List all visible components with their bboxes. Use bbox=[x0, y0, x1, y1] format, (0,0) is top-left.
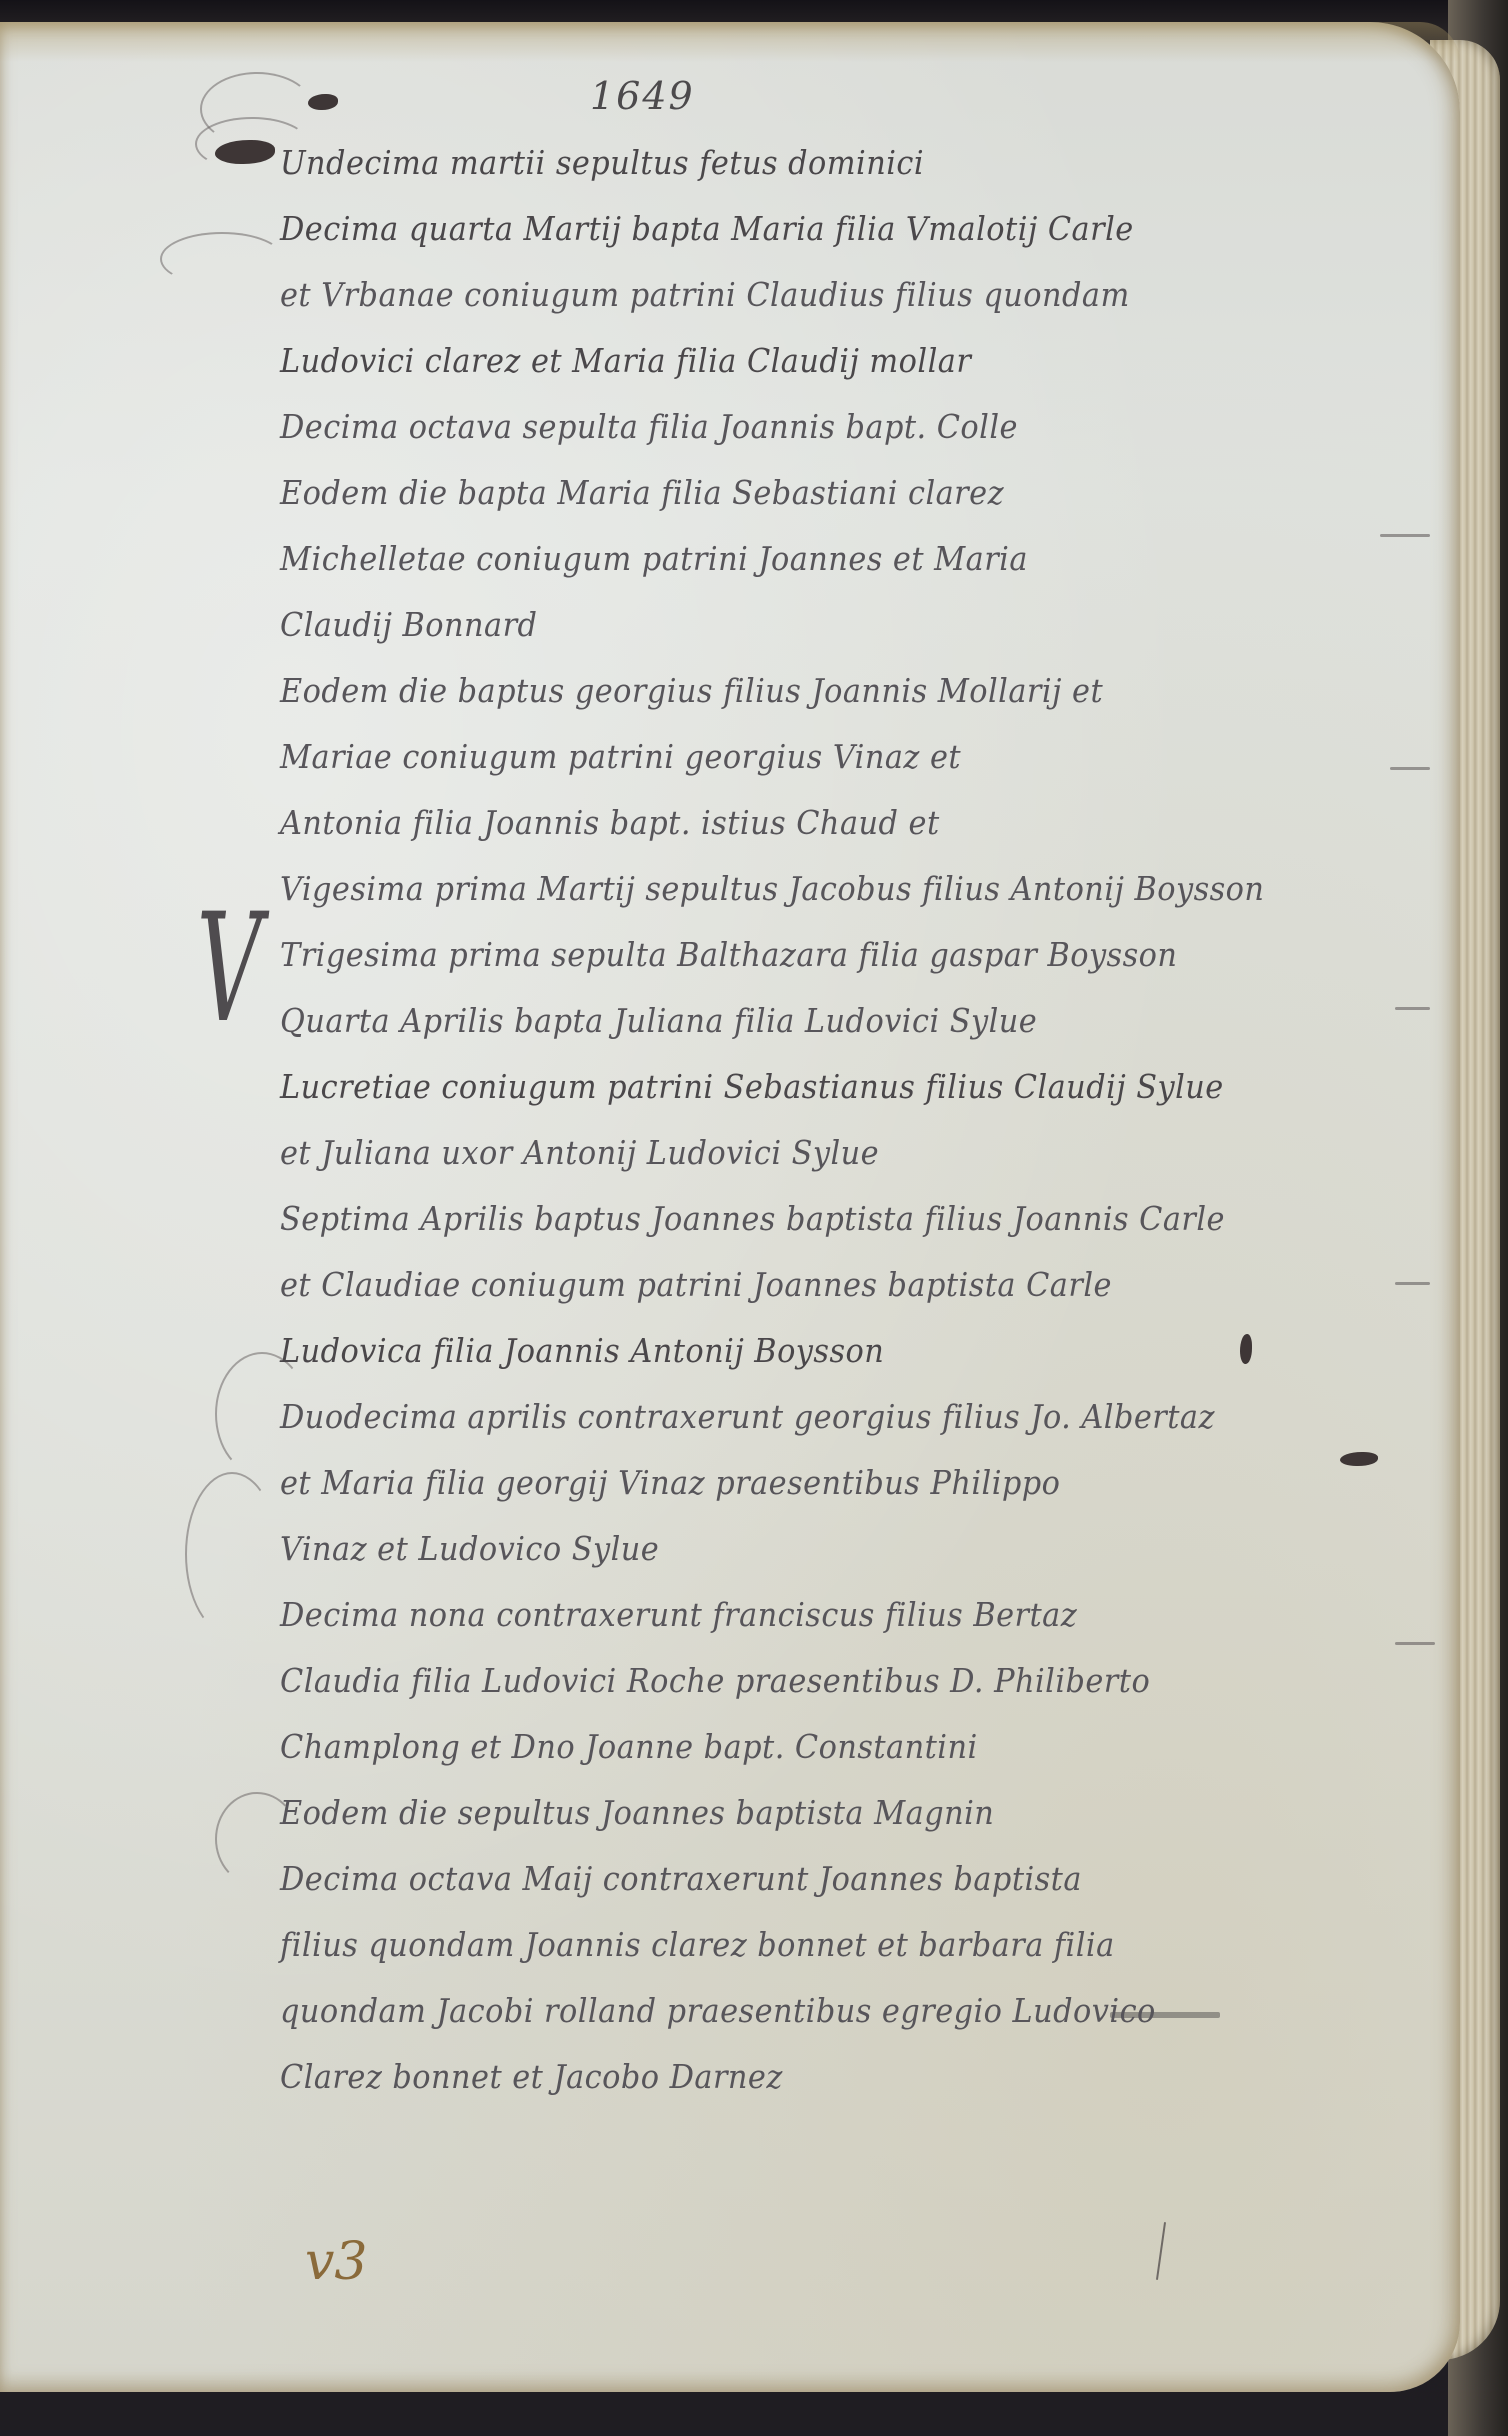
register-line: Decima octava sepulta filia Joannis bapt… bbox=[280, 394, 1338, 460]
register-line: Quarta Aprilis bapta Juliana filia Ludov… bbox=[280, 988, 1338, 1054]
register-line: et Claudiae coniugum patrini Joannes bap… bbox=[280, 1252, 1338, 1318]
register-line: Clarez bonnet et Jacobo Darnez bbox=[280, 2044, 1338, 2110]
register-line: Undecima martii sepultus fetus dominici bbox=[280, 130, 1338, 196]
register-line: Claudia filia Ludovici Roche praesentibu… bbox=[280, 1648, 1338, 1714]
register-line: Vinaz et Ludovico Sylue bbox=[280, 1516, 1338, 1582]
folio-number: v3 bbox=[305, 2232, 367, 2292]
register-line: Decima quarta Martij bapta Maria filia V… bbox=[280, 196, 1338, 262]
register-line: Ludovici clarez et Maria filia Claudij m… bbox=[280, 328, 1338, 394]
register-line: Decima nona contraxerunt franciscus fili… bbox=[280, 1582, 1338, 1648]
register-line: Duodecima aprilis contraxerunt georgius … bbox=[280, 1384, 1338, 1450]
register-line: Antonia filia Joannis bapt. istius Chaud… bbox=[280, 790, 1338, 856]
register-line: quondam Jacobi rolland praesentibus egre… bbox=[280, 1978, 1338, 2044]
register-line: Champlong et Dno Joanne bapt. Constantin… bbox=[280, 1714, 1338, 1780]
register-line: et Vrbanae coniugum patrini Claudius fil… bbox=[280, 262, 1338, 328]
register-line: Septima Aprilis baptus Joannes baptista … bbox=[280, 1186, 1338, 1252]
register-line: Michelletae coniugum patrini Joannes et … bbox=[280, 526, 1338, 592]
register-entries: Undecima martii sepultus fetus dominici … bbox=[280, 130, 1430, 2110]
pencil-tick-mark bbox=[1156, 2222, 1166, 2280]
register-line: Trigesima prima sepulta Balthazara filia… bbox=[280, 922, 1338, 988]
margin-flourish bbox=[160, 232, 284, 286]
margin-flourish bbox=[185, 1472, 279, 1636]
year-heading: 1649 bbox=[590, 74, 695, 118]
register-line: et Juliana uxor Antonij Ludovici Sylue bbox=[280, 1120, 1338, 1186]
ink-blot bbox=[308, 94, 338, 110]
register-line: Eodem die baptus georgius filius Joannis… bbox=[280, 658, 1338, 724]
register-line: Mariae coniugum patrini georgius Vinaz e… bbox=[280, 724, 1338, 790]
register-line: filius quondam Joannis clarez bonnet et … bbox=[280, 1912, 1338, 1978]
manuscript-page: 1649 V Undecima martii sepultus fetus do… bbox=[0, 22, 1460, 2392]
register-line: Lucretiae coniugum patrini Sebastianus f… bbox=[280, 1054, 1338, 1120]
register-line: Ludovica filia Joannis Antonij Boysson bbox=[280, 1318, 1338, 1384]
register-line: et Maria filia georgij Vinaz praesentibu… bbox=[280, 1450, 1338, 1516]
register-line: Eodem die bapta Maria filia Sebastiani c… bbox=[280, 460, 1338, 526]
page-stain bbox=[0, 22, 1460, 62]
margin-initial: V bbox=[197, 882, 262, 1056]
register-line: Eodem die sepultus Joannes baptista Magn… bbox=[280, 1780, 1338, 1846]
register-line: Vigesima prima Martij sepultus Jacobus f… bbox=[280, 856, 1338, 922]
register-line: Claudij Bonnard bbox=[280, 592, 1338, 658]
register-line: Decima octava Maij contraxerunt Joannes … bbox=[280, 1846, 1338, 1912]
